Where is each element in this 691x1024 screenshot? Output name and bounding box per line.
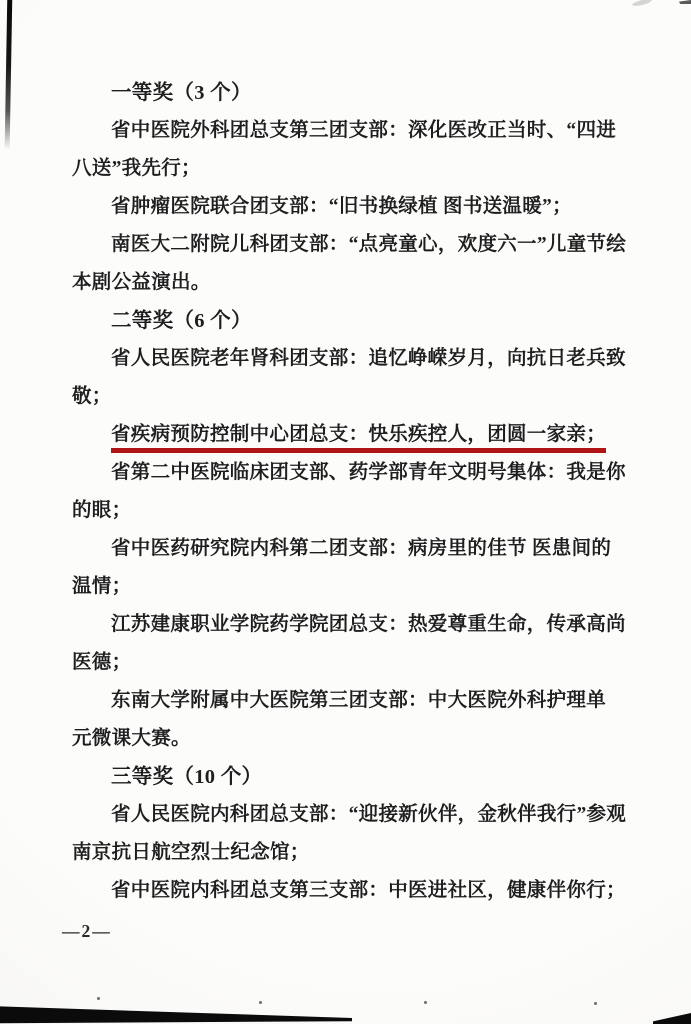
scan-dot-artifact <box>259 1001 262 1004</box>
scan-smudge-top-right <box>632 0 653 7</box>
award-entry-line: 本剧公益演出。 <box>72 264 647 302</box>
scan-dot-artifact <box>424 1001 427 1004</box>
award-entry-line: 江苏建康职业学院药学院团总支：热爱尊重生命，传承高尚 <box>72 606 647 644</box>
award-entry-line: 省第二中医院临床团支部、药学部青年文明号集体：我是你 <box>72 454 647 492</box>
scan-shadow-bottom-left <box>0 1004 352 1024</box>
scan-edge-artifact-top-left <box>5 0 13 150</box>
award-entry-line: 省肿瘤医院联合团支部：“旧书换绿植 图书送温暖”； <box>72 188 647 226</box>
award-entry-line: 温情； <box>72 568 647 606</box>
document-body: 一等奖（3 个）省中医院外科团总支第三团支部：深化医改正当时、“四进八送”我先行… <box>72 74 647 910</box>
section-heading-3: 三等奖（10 个） <box>72 758 647 796</box>
scan-dot-artifact <box>97 997 100 1000</box>
scan-dot-artifact <box>594 1002 597 1005</box>
award-entry-line: 医德； <box>72 644 647 682</box>
award-entry-line: 省中医院内科团总支第三支部：中医进社区，健康伴你行； <box>72 872 647 910</box>
award-entry-line: 东南大学附属中大医院第三团支部：中大医院外科护理单 <box>72 682 647 720</box>
award-entry-line: 省中医院外科团总支第三团支部：深化医改正当时、“四进 <box>72 112 647 150</box>
page-number: —2— <box>62 921 112 942</box>
award-entry-line: 的眼； <box>72 492 647 530</box>
scanned-document-page: 一等奖（3 个）省中医院外科团总支第三团支部：深化医改正当时、“四进八送”我先行… <box>0 0 691 1024</box>
award-entry-line: 南医大二附院儿科团支部：“点亮童心，欢度六一”儿童节绘 <box>72 226 647 264</box>
award-entry-line: 八送”我先行； <box>72 150 647 188</box>
award-entry-line: 元微课大赛。 <box>72 720 647 758</box>
section-heading-2: 二等奖（6 个） <box>72 302 647 340</box>
scan-corner-mark-top-right <box>679 0 691 4</box>
scan-shadow-bottom-right <box>653 1012 691 1024</box>
award-entry-line: 敬； <box>72 378 647 416</box>
award-entry-line: 省疾病预防控制中心团总支：快乐疾控人，团圆一家亲； <box>72 416 647 454</box>
section-heading-1: 一等奖（3 个） <box>72 74 647 112</box>
red-underline-highlight: 省疾病预防控制中心团总支：快乐疾控人，团圆一家亲； <box>111 424 606 453</box>
award-entry-line: 省人民医院老年肾科团支部：追忆峥嵘岁月，向抗日老兵致 <box>72 340 647 378</box>
award-entry-line: 省中医药研究院内科第二团支部：病房里的佳节 医患间的 <box>72 530 647 568</box>
award-entry-line: 南京抗日航空烈士纪念馆； <box>72 834 647 872</box>
award-entry-line: 省人民医院内科团总支部：“迎接新伙伴，金秋伴我行”参观 <box>72 796 647 834</box>
